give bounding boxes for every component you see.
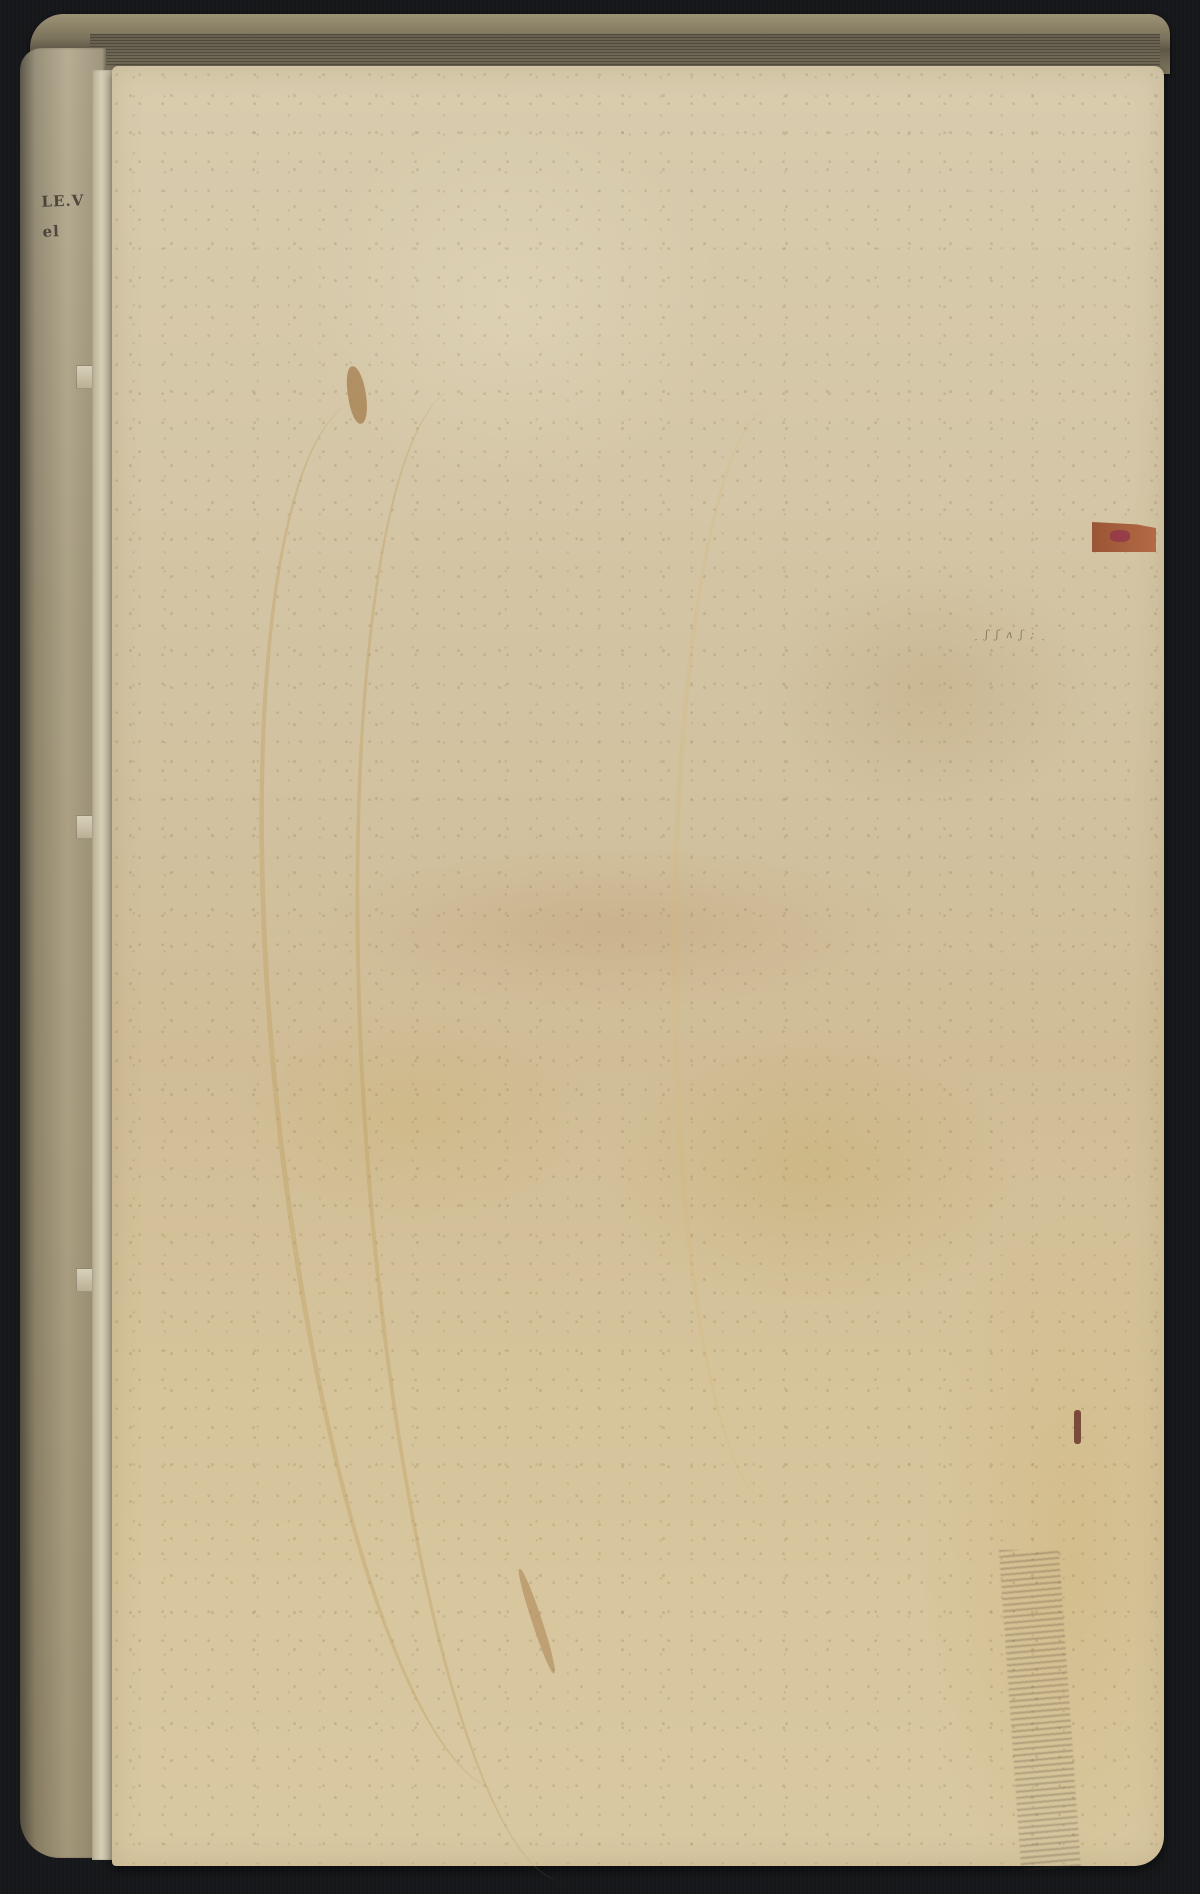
red-leather-tab bbox=[1092, 522, 1156, 552]
page-block-edges bbox=[90, 34, 1160, 66]
spine-lettering: LE.V el bbox=[41, 185, 89, 247]
spine-label-line-2: el bbox=[42, 215, 89, 247]
water-stain-line bbox=[672, 406, 877, 1506]
tie-remnant-mark bbox=[1074, 1410, 1081, 1444]
faint-pencil-marks: ˏ ʃ ʃ ʌ ʃ ; ˎ bbox=[974, 628, 1047, 641]
spine-label-line-1: LE.V bbox=[41, 185, 88, 217]
